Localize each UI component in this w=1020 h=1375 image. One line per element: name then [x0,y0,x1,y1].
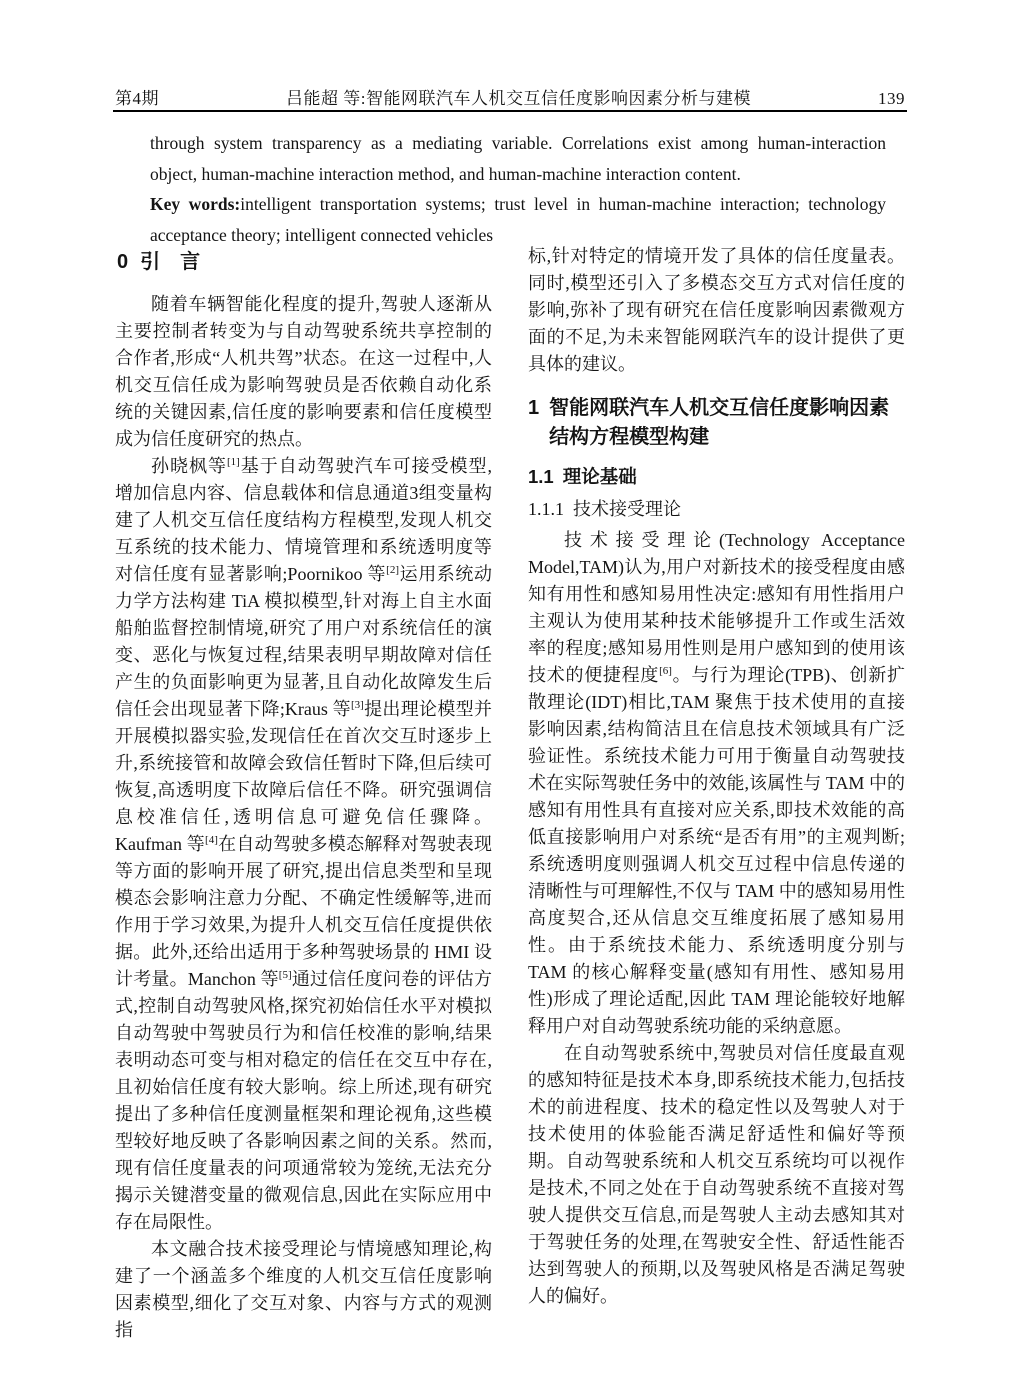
section-1-1-1-title: 技术接受理论 [573,496,681,522]
section-1-heading: 1 智能网联汽车人机交互信任度影响因素结构方程模型构建 [528,394,905,452]
issue-label: 第4期 [115,84,159,109]
intro-paragraph-3-continuation: 标,针对特定的情境开发了具体的信任度量表。同时,模型还引入了多模态交互方式对信任… [528,243,905,378]
paper-page: 第4期 吕能超 等:智能网联汽车人机交互信任度影响因素分析与建模 139 thr… [0,0,1020,1375]
section-1-number: 1 [528,394,539,452]
section-1-1-1-heading: 1.1.1 技术接受理论 [528,496,905,522]
left-column: 0 引 言 随着车辆智能化程度的提升,驾驶人逐渐从主要控制者转变为与自动驾驶系统… [115,243,492,1344]
header-rule [113,110,907,112]
abstract-block: through system transparency as a mediati… [150,128,886,250]
keywords-text: intelligent transportation systems; trus… [150,194,886,245]
tam-theory-paragraph: 技术接受理论(Technology Acceptance Model,TAM)认… [528,527,905,1040]
trust-perception-paragraph: 在自动驾驶系统中,驾驶员对信任度最直观的感知特征是技术本身,即系统技术能力,包括… [528,1040,905,1310]
page-header: 第4期 吕能超 等:智能网联汽车人机交互信任度影响因素分析与建模 139 [115,84,905,109]
intro-paragraph-2: 孙晓枫等[1]基于自动驾驶汽车可接受模型,增加信息内容、信息载体和信息通道3组变… [115,453,492,1236]
intro-heading: 0 引 言 [117,247,492,277]
section-1-title: 智能网联汽车人机交互信任度影响因素结构方程模型构建 [549,394,905,452]
keywords-label: Key words: [150,194,240,214]
intro-heading-title: 引 言 [140,247,200,277]
section-1-1-heading: 1.1 理论基础 [528,464,905,490]
section-1-1-title: 理论基础 [563,464,637,490]
section-1-1-number: 1.1 [528,464,554,490]
section-1-1-1-number: 1.1.1 [528,496,564,522]
page-number: 139 [878,89,905,109]
intro-heading-number: 0 [117,247,128,277]
right-column: 标,针对特定的情境开发了具体的信任度量表。同时,模型还引入了多模态交互方式对信任… [528,243,905,1310]
running-title: 吕能超 等:智能网联汽车人机交互信任度影响因素分析与建模 [159,84,878,109]
keywords-line: Key words:intelligent transportation sys… [150,189,886,250]
intro-paragraph-3: 本文融合技术接受理论与情境感知理论,构建了一个涵盖多个维度的人机交互信任度影响因… [115,1236,492,1344]
abstract-continuation: through system transparency as a mediati… [150,128,886,189]
intro-paragraph-1: 随着车辆智能化程度的提升,驾驶人逐渐从主要控制者转变为与自动驾驶系统共享控制的合… [115,291,492,453]
